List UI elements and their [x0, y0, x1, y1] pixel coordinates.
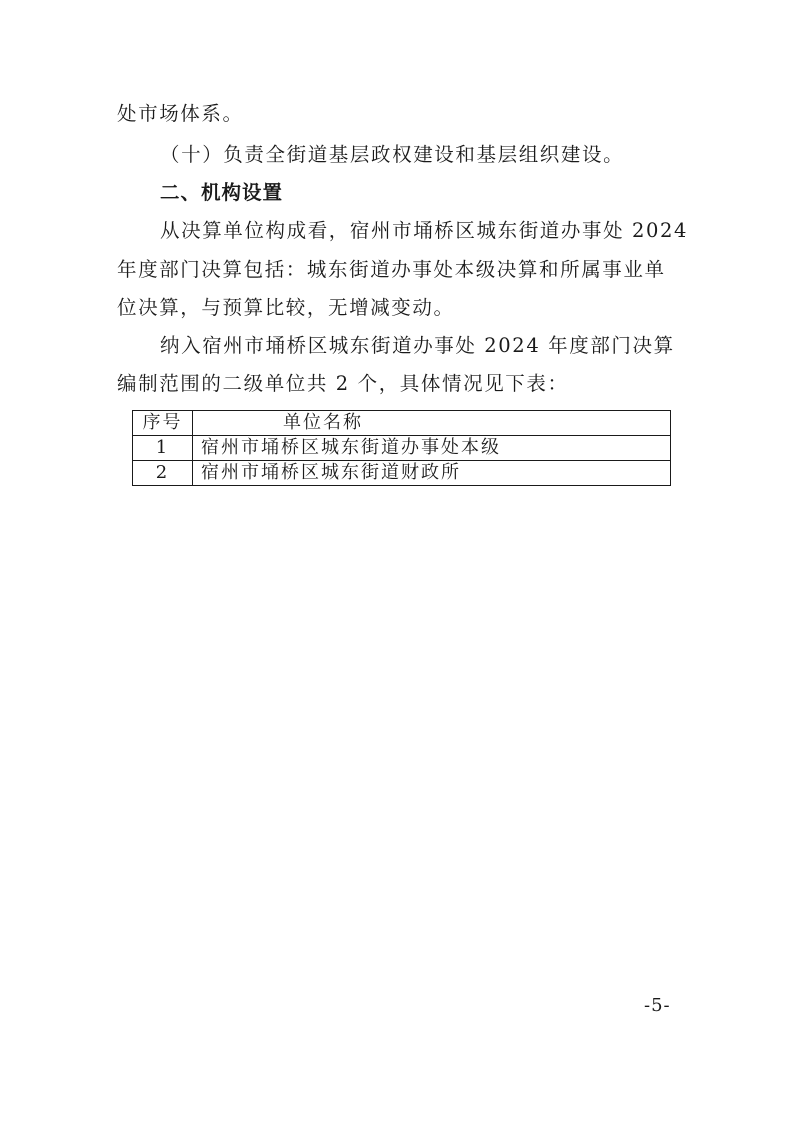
page-number: -5- — [644, 995, 671, 1016]
row-unit-name: 宿州市埇桥区城东街道办事处本级 — [193, 436, 671, 461]
section-heading: 二、机构设置 — [160, 183, 283, 203]
row-index: 2 — [133, 461, 193, 486]
units-table: 序号 单位名称 1 宿州市埇桥区城东街道办事处本级 2 宿州市埇桥区城东街道财政… — [132, 410, 671, 486]
table-row: 1 宿州市埇桥区城东街道办事处本级 — [133, 436, 671, 461]
header-index: 序号 — [133, 411, 193, 436]
body-line: 从决算单位构成看，宿州市埇桥区城东街道办事处 2024 — [160, 221, 688, 241]
body-line: 位决算，与预算比较，无增减变动。 — [117, 298, 455, 318]
row-unit-name: 宿州市埇桥区城东街道财政所 — [193, 461, 671, 486]
table-header-row: 序号 单位名称 — [133, 411, 671, 436]
table-row: 2 宿州市埇桥区城东街道财政所 — [133, 461, 671, 486]
body-line: 编制范围的二级单位共 2 个，具体情况见下表： — [117, 374, 569, 394]
body-line: 年度部门决算包括：城东街道办事处本级决算和所属事业单 — [117, 260, 666, 280]
body-line: 纳入宿州市埇桥区城东街道办事处 2024 年度部门决算 — [160, 336, 675, 356]
paragraph-continuation: 处市场体系。 — [117, 104, 244, 124]
header-unit-name: 单位名称 — [193, 411, 671, 436]
paragraph-item-ten: （十）负责全街道基层政权建设和基层组织建设。 — [160, 145, 624, 165]
row-index: 1 — [133, 436, 193, 461]
